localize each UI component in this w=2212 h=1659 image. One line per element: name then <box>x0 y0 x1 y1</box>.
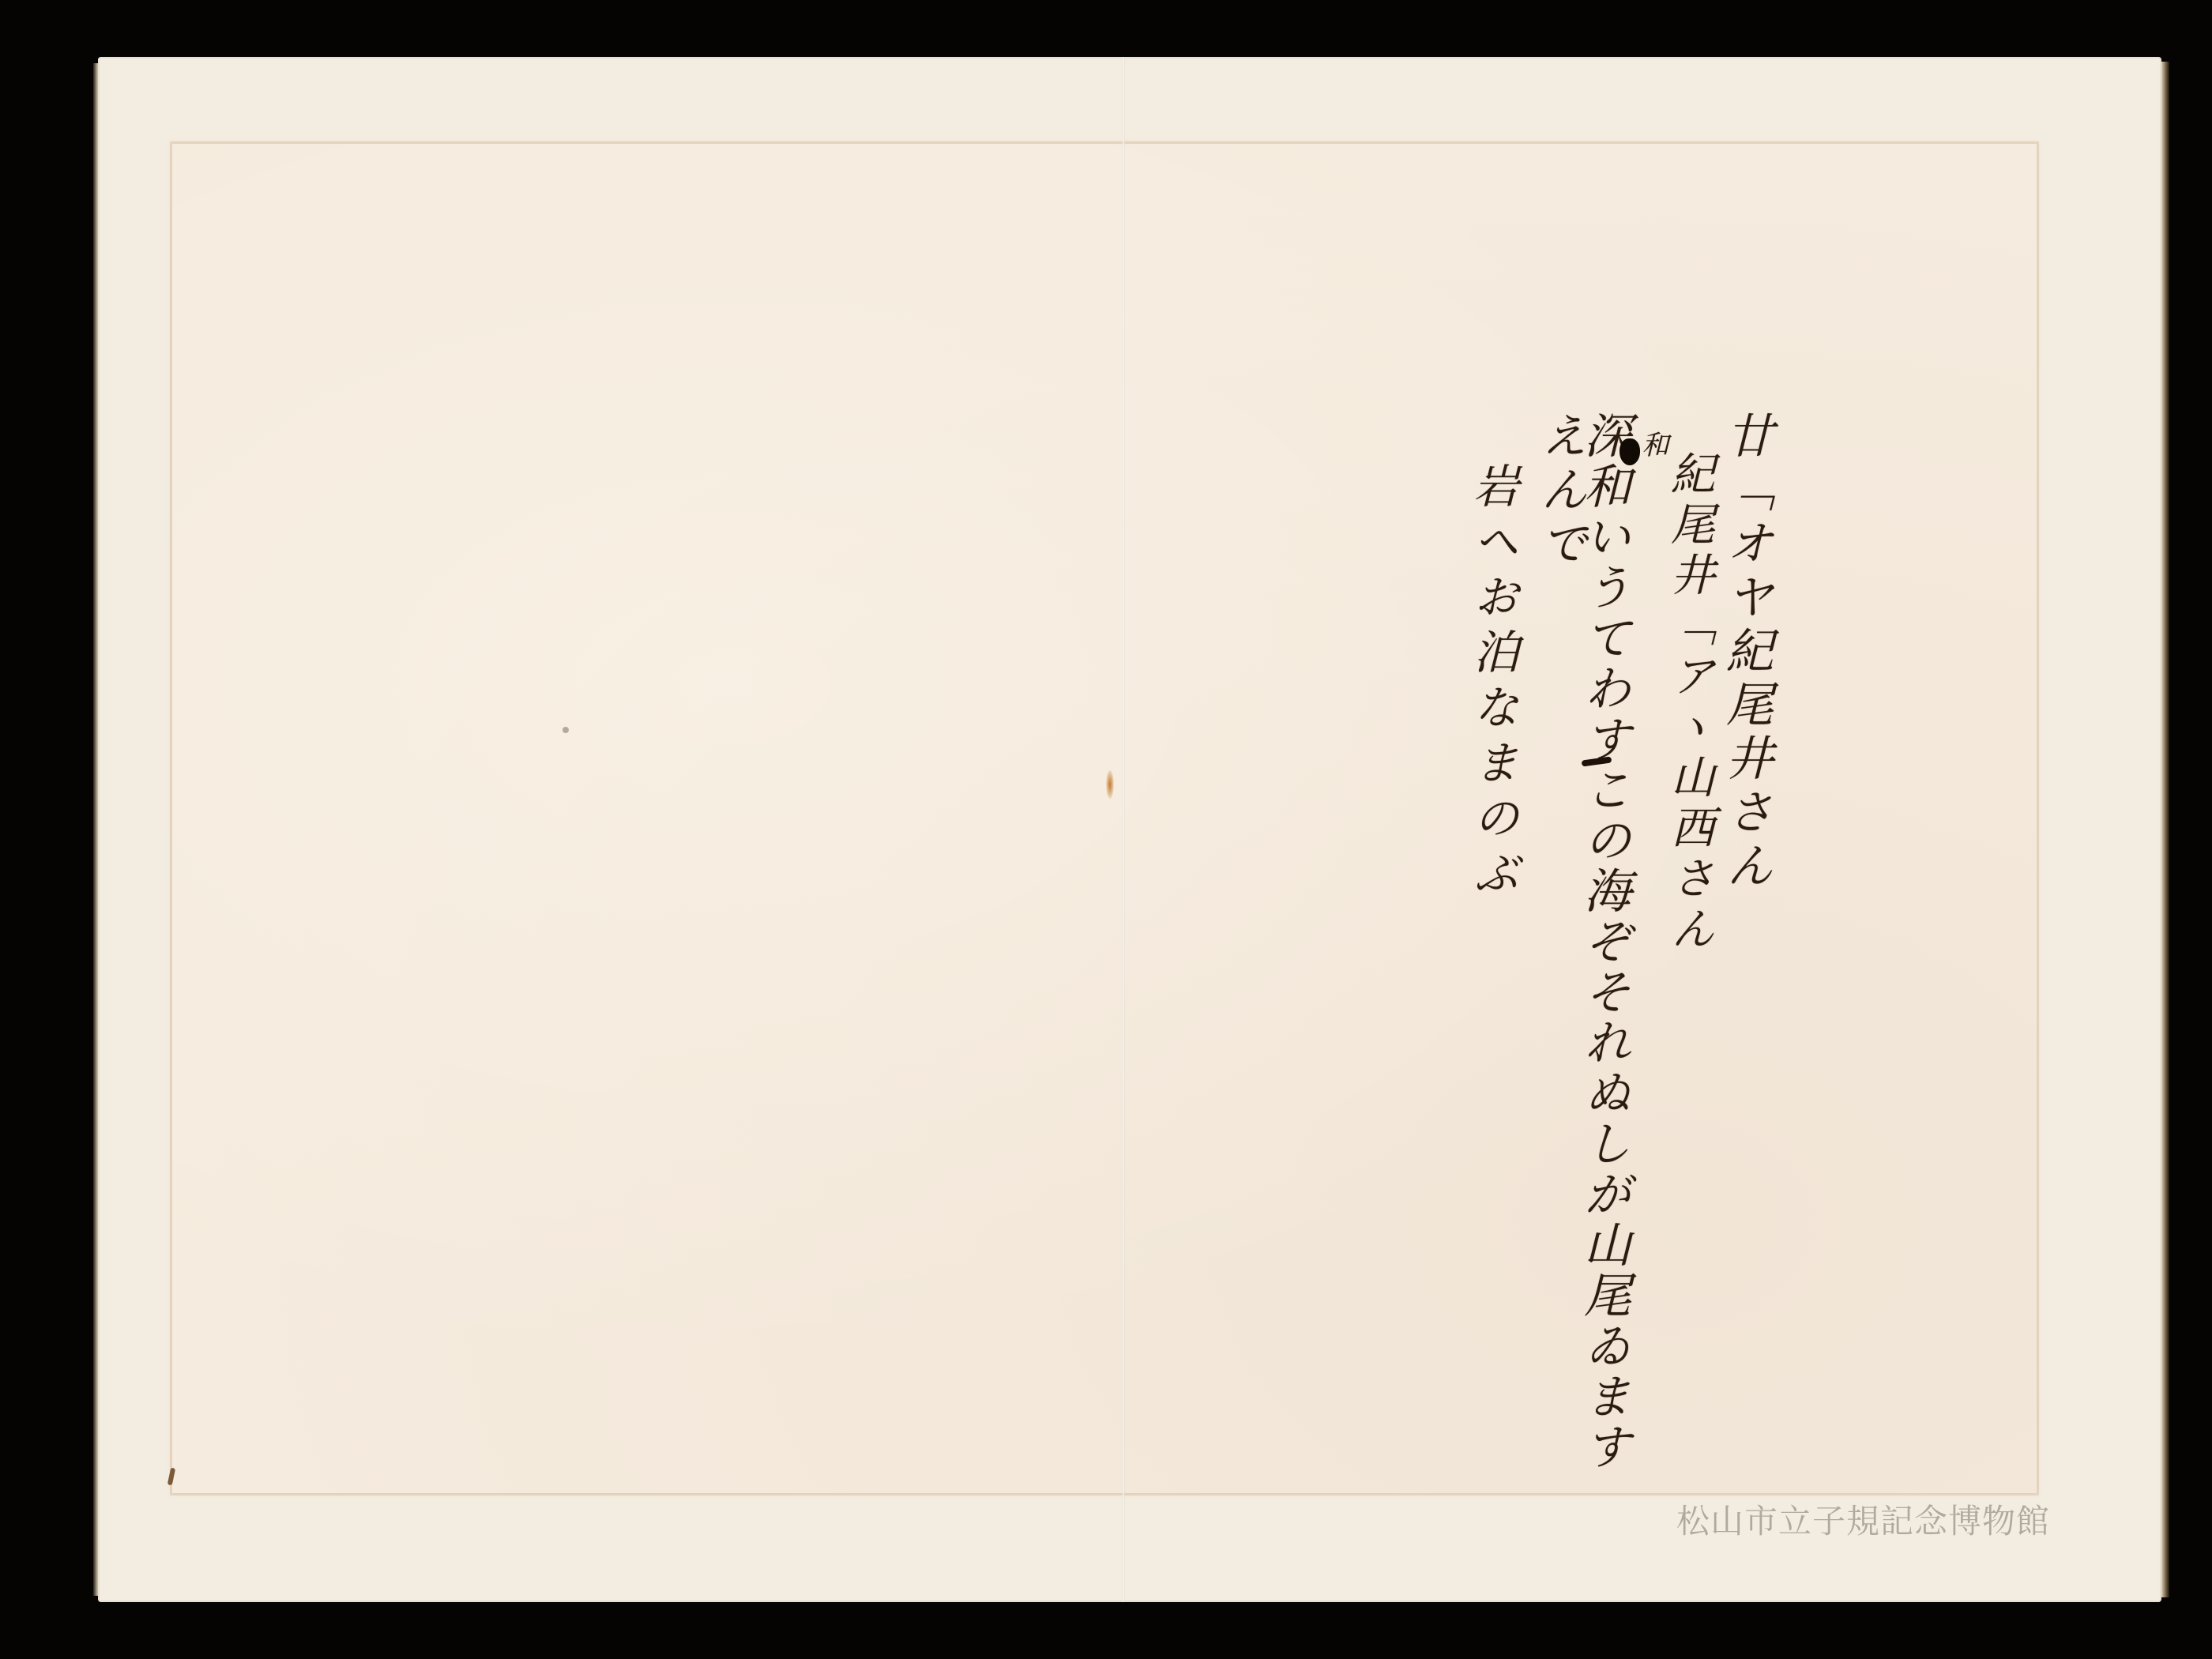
manuscript-column-2: 紀尾井「アヽ山西さん <box>1667 450 1711 956</box>
museum-watermark: 松山市立子規記念博物館 <box>1676 1495 2050 1543</box>
interlinear-note: 和 <box>1639 431 1666 464</box>
manuscript-column-1: 廿「オヤ紀尾井さん <box>1722 411 1770 894</box>
rust-stain <box>1106 770 1114 799</box>
center-fold <box>1122 57 1125 1602</box>
paper-speck <box>562 727 569 733</box>
board-edge-left <box>93 63 98 1596</box>
board-edge-right <box>2161 62 2169 1597</box>
manuscript-column-4: えんで <box>1537 411 1584 572</box>
ink-blot <box>1619 438 1640 465</box>
manuscript-column-5: 岩ヘお泊なまのぶ <box>1469 462 1515 905</box>
